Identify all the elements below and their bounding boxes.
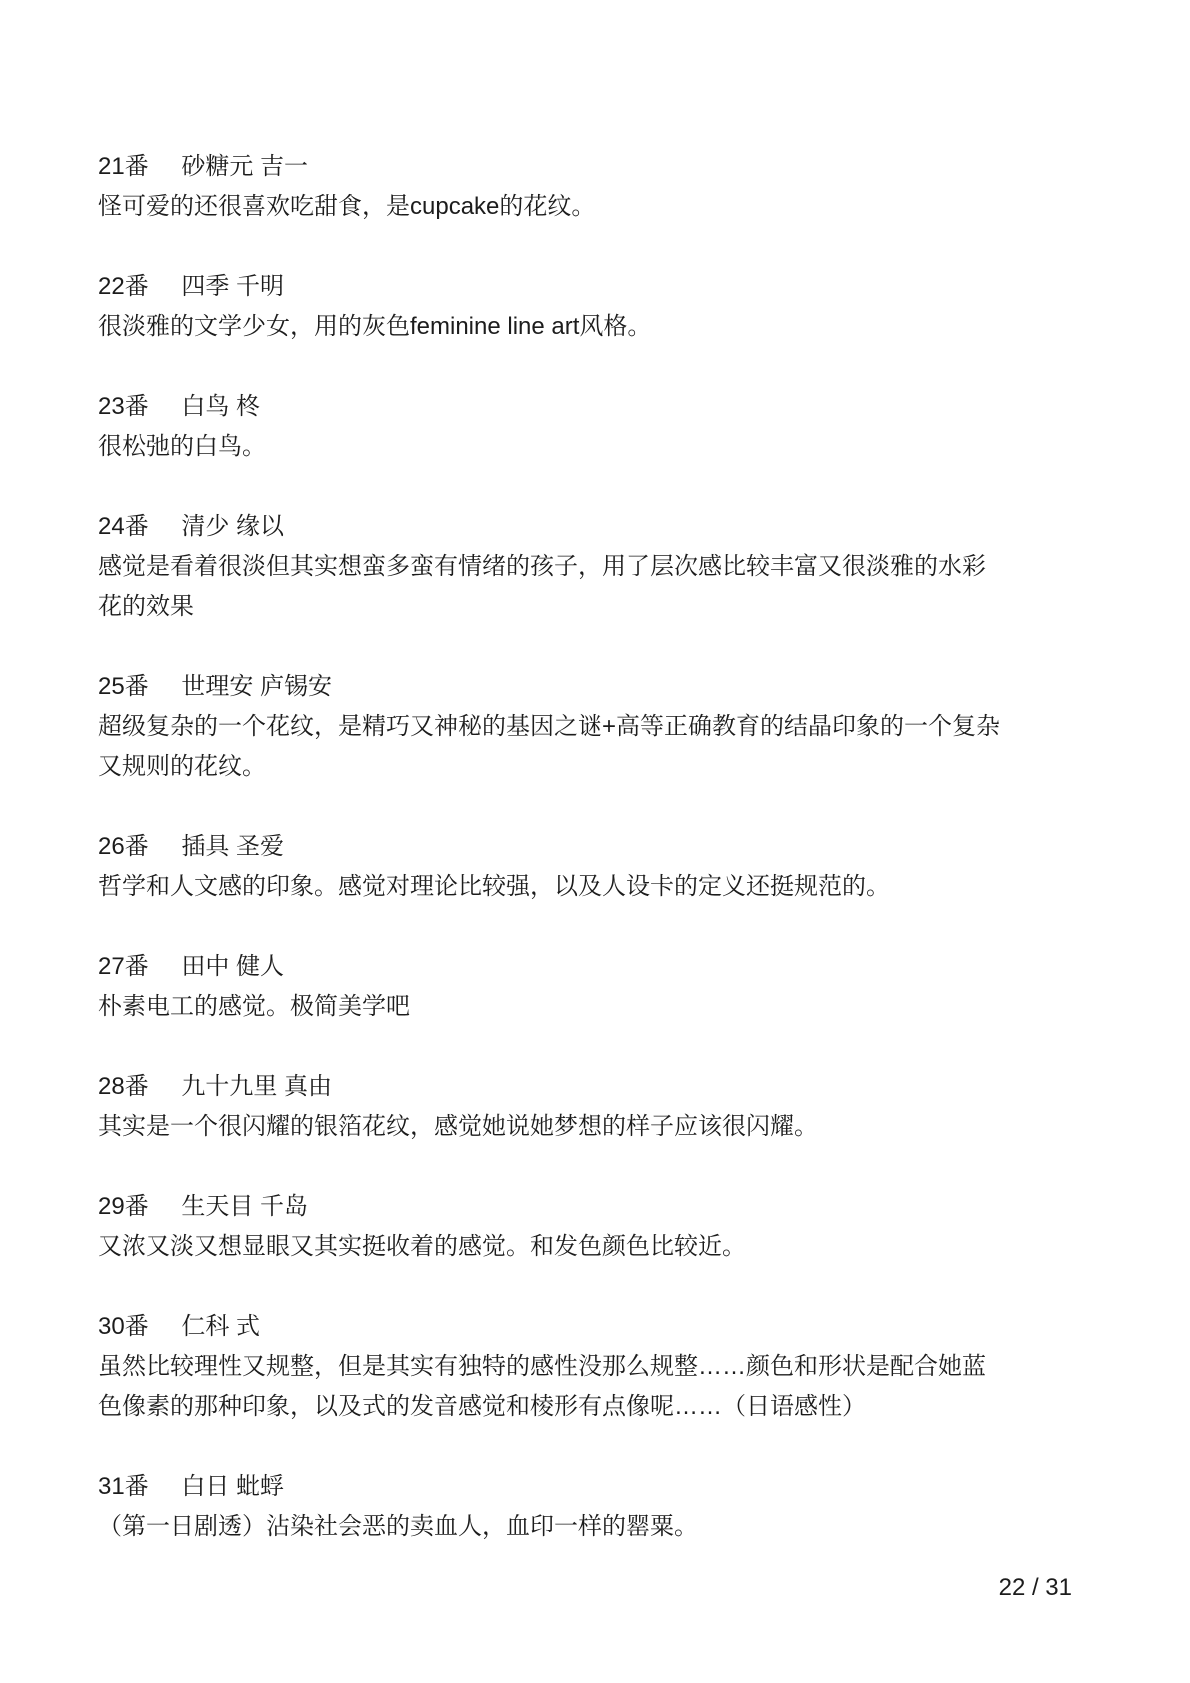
entry-title: 27番 田中 健人: [98, 947, 1000, 987]
entry-description: 感觉是看着很淡但其实想蛮多蛮有情绪的孩子，用了层次感比较丰富又很淡雅的水彩花的效…: [98, 547, 1000, 627]
document-page: 21番 砂糖元 吉一 怪可爱的还很喜欢吃甜食，是cupcake的花纹。 22番 …: [0, 0, 1190, 1683]
entry-description: 超级复杂的一个花纹，是精巧又神秘的基因之谜+高等正确教育的结晶印象的一个复杂又规…: [98, 707, 1000, 787]
entry-number: 23番: [98, 387, 149, 427]
entry-title: 31番 白日 蚍蜉: [98, 1467, 1000, 1507]
entry-title: 28番 九十九里 真由: [98, 1067, 1000, 1107]
entry-number: 24番: [98, 507, 149, 547]
entry-description: （第一日剧透）沾染社会恶的卖血人，血印一样的罂粟。: [98, 1507, 1000, 1547]
entry-22: 22番 四季 千明 很淡雅的文学少女，用的灰色feminine line art…: [98, 267, 1000, 347]
entry-title: 21番 砂糖元 吉一: [98, 147, 1000, 187]
entry-title: 30番 仁科 式: [98, 1307, 1000, 1347]
entry-title: 25番 世理安 庐锡安: [98, 667, 1000, 707]
entry-description: 哲学和人文感的印象。感觉对理论比较强，以及人设卡的定义还挺规范的。: [98, 867, 1000, 907]
entry-name: 四季 千明: [181, 273, 284, 300]
entry-description: 很松弛的白鸟。: [98, 427, 1000, 467]
entry-number: 30番: [98, 1307, 149, 1347]
entry-title: 29番 生天目 千岛: [98, 1187, 1000, 1227]
entry-25: 25番 世理安 庐锡安 超级复杂的一个花纹，是精巧又神秘的基因之谜+高等正确教育…: [98, 667, 1000, 787]
entry-name: 白鸟 柊: [181, 393, 260, 420]
entry-title: 23番 白鸟 柊: [98, 387, 1000, 427]
entry-30: 30番 仁科 式 虽然比较理性又规整，但是其实有独特的感性没那么规整……颜色和形…: [98, 1307, 1000, 1427]
entry-list: 21番 砂糖元 吉一 怪可爱的还很喜欢吃甜食，是cupcake的花纹。 22番 …: [98, 147, 1000, 1587]
entry-description: 又浓又淡又想显眼又其实挺收着的感觉。和发色颜色比较近。: [98, 1227, 1000, 1267]
entry-name: 插具 圣爱: [181, 833, 284, 860]
entry-name: 清少 缘以: [181, 513, 284, 540]
entry-description: 很淡雅的文学少女，用的灰色feminine line art风格。: [98, 307, 1000, 347]
entry-name: 砂糖元 吉一: [181, 153, 308, 180]
entry-description: 朴素电工的感觉。极简美学吧: [98, 987, 1000, 1027]
entry-title: 26番 插具 圣爱: [98, 827, 1000, 867]
entry-31: 31番 白日 蚍蜉 （第一日剧透）沾染社会恶的卖血人，血印一样的罂粟。: [98, 1467, 1000, 1547]
entry-24: 24番 清少 缘以 感觉是看着很淡但其实想蛮多蛮有情绪的孩子，用了层次感比较丰富…: [98, 507, 1000, 627]
entry-name: 白日 蚍蜉: [181, 1473, 284, 1500]
entry-number: 21番: [98, 147, 149, 187]
entry-23: 23番 白鸟 柊 很松弛的白鸟。: [98, 387, 1000, 467]
entry-number: 27番: [98, 947, 149, 987]
entry-description: 虽然比较理性又规整，但是其实有独特的感性没那么规整……颜色和形状是配合她蓝色像素…: [98, 1347, 1000, 1427]
entry-number: 31番: [98, 1467, 149, 1507]
entry-27: 27番 田中 健人 朴素电工的感觉。极简美学吧: [98, 947, 1000, 1027]
entry-26: 26番 插具 圣爱 哲学和人文感的印象。感觉对理论比较强，以及人设卡的定义还挺规…: [98, 827, 1000, 907]
entry-number: 25番: [98, 667, 149, 707]
entry-29: 29番 生天目 千岛 又浓又淡又想显眼又其实挺收着的感觉。和发色颜色比较近。: [98, 1187, 1000, 1267]
entry-name: 生天目 千岛: [181, 1193, 308, 1220]
entry-number: 22番: [98, 267, 149, 307]
entry-name: 仁科 式: [181, 1313, 260, 1340]
entry-description: 怪可爱的还很喜欢吃甜食，是cupcake的花纹。: [98, 187, 1000, 227]
entry-name: 田中 健人: [181, 953, 284, 980]
entry-name: 世理安 庐锡安: [181, 673, 332, 700]
entry-28: 28番 九十九里 真由 其实是一个很闪耀的银箔花纹，感觉她说她梦想的样子应该很闪…: [98, 1067, 1000, 1147]
entry-number: 29番: [98, 1187, 149, 1227]
entry-title: 24番 清少 缘以: [98, 507, 1000, 547]
entry-name: 九十九里 真由: [181, 1073, 332, 1100]
entry-21: 21番 砂糖元 吉一 怪可爱的还很喜欢吃甜食，是cupcake的花纹。: [98, 147, 1000, 227]
page-indicator: 22 / 31: [999, 1568, 1072, 1608]
entry-number: 28番: [98, 1067, 149, 1107]
entry-description: 其实是一个很闪耀的银箔花纹，感觉她说她梦想的样子应该很闪耀。: [98, 1107, 1000, 1147]
entry-number: 26番: [98, 827, 149, 867]
entry-title: 22番 四季 千明: [98, 267, 1000, 307]
